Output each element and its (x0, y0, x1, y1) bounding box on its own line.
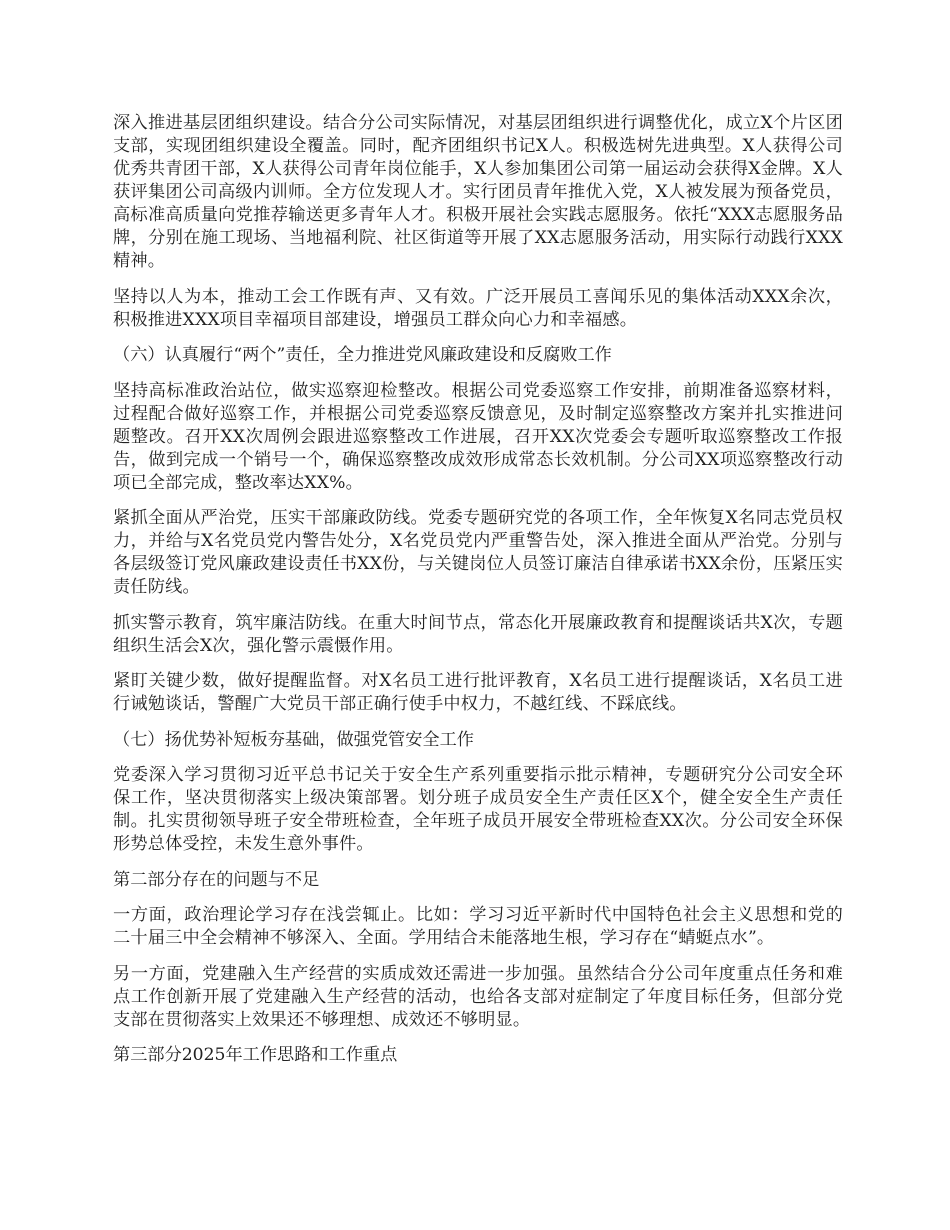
section-heading-seven: （七）扬优势补短板夯基础，做强党管安全工作 (113, 729, 843, 752)
paragraph-problem-party-building-integration: 另一方面，党建融入生产经营的实质成效还需进一步加强。虽然结合分公司年度重点任务和… (113, 963, 843, 1032)
part-three-heading: 第三部分2025年工作思路和工作重点 (113, 1044, 843, 1067)
paragraph-trade-union-work: 坚持以人为本，推动工会工作既有声、又有效。广泛开展员工喜闻乐见的集体活动XXX余… (113, 286, 843, 332)
section-heading-six: （六）认真履行“两个”责任，全力推进党风廉政建设和反腐败工作 (113, 344, 843, 367)
paragraph-problem-theory-study: 一方面，政治理论学习存在浅尝辄止。比如：学习习近平新时代中国特色社会主义思想和党… (113, 904, 843, 950)
paragraph-inspection-rectification: 坚持高标准政治站位，做实巡察迎检整改。根据公司党委巡察工作安排，前期准备巡察材料… (113, 380, 843, 495)
paragraph-safety-work: 党委深入学习贯彻习近平总书记关于安全生产系列重要指示批示精神，专题研究分公司安全… (113, 764, 843, 856)
paragraph-strict-party-governance: 紧抓全面从严治党，压实干部廉政防线。党委专题研究党的各项工作，全年恢复X名同志党… (113, 507, 843, 599)
paragraph-warning-education: 抓实警示教育，筑牢廉洁防线。在重大时间节点，常态化开展廉政教育和提醒谈话共X次，… (113, 612, 843, 658)
document-page: 深入推进基层团组织建设。结合分公司实际情况，对基层团组织进行调整优化，成立X个片… (113, 112, 843, 1080)
part-two-heading: 第二部分存在的问题与不足 (113, 869, 843, 892)
paragraph-youth-league-construction: 深入推进基层团组织建设。结合分公司实际情况，对基层团组织进行调整优化，成立X个片… (113, 112, 843, 273)
paragraph-key-minority-supervision: 紧盯关键少数，做好提醒监督。对X名员工进行批评教育，X名员工进行提醒谈话，X名员… (113, 670, 843, 716)
